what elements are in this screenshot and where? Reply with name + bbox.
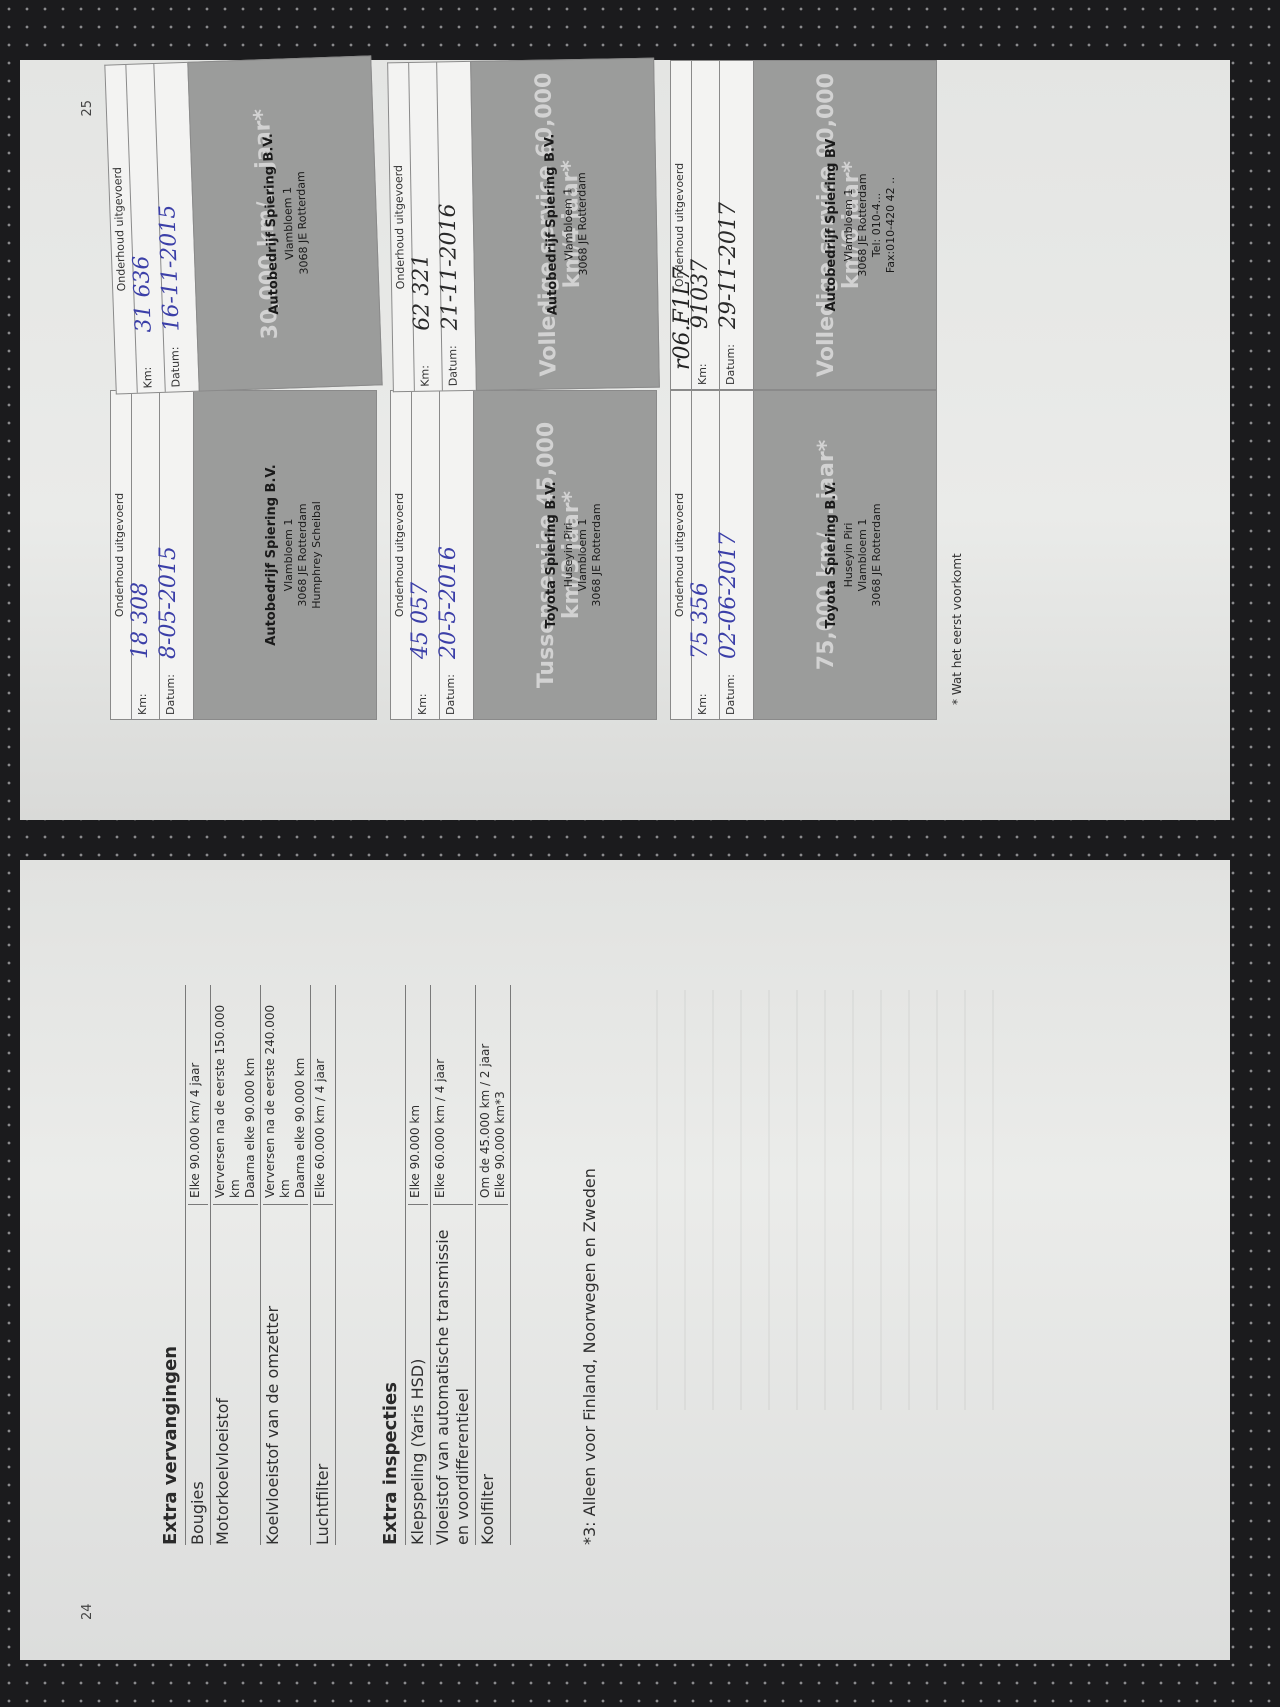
date-value: 16-11-2015 (155, 204, 184, 332)
stamp-company: Autobedrijf Spiering BV (824, 61, 839, 389)
service-record: Onderhoud uitgevoerdKm:75 356Datum:02-06… (670, 390, 935, 720)
km-value: 62 321 (408, 254, 434, 331)
km-label: Km: (418, 365, 431, 387)
header-label: Onderhoud uitgevoerd (390, 63, 409, 391)
extra-replacements-table: Extra vervangingen BougiesElke 90.000 km… (160, 985, 336, 1545)
km-label: Km: (696, 363, 709, 385)
service-record-header: Onderhoud uitgevoerdKm:75 356Datum:02-06… (670, 390, 753, 720)
service-record-header: Onderhoud uitgevoerdKm:31 636Datum:16-11… (104, 62, 198, 395)
table-row: Vloeistof van automatische transmissie e… (430, 985, 475, 1545)
service-record: Onderhoud uitgevoerdKm:45 057Datum:20-5-… (390, 390, 655, 720)
service-record-header: Onderhoud uitgevoerdKm:45 057Datum:20-5-… (390, 390, 473, 720)
service-booklet-spread: 24 Extra vervangingen BougiesElke 90.000… (20, 40, 1230, 1660)
stamp-address: Vlambloem 1 3068 JE Rotterdam Humphrey S… (282, 391, 324, 719)
service-record-header: Onderhoud uitgevoerdKm:18 308Datum:8-05-… (110, 390, 193, 720)
handwritten-margin-note: r06.F1L7 (670, 267, 695, 370)
page-number: 25 (80, 100, 95, 117)
date-label: Datum: (724, 674, 737, 715)
km-value: 18 308 (128, 582, 153, 659)
table-row: KoolfilterOm de 45.000 km / 2 jaar Elke … (475, 985, 511, 1545)
dealer-stamp: Tussenservice 45,000 km/3 jaar*Toyota Sp… (473, 390, 657, 720)
date-value: 8-05-2015 (156, 546, 181, 659)
date-label: Datum: (168, 346, 182, 387)
table-row: MotorkoelvloeistofVerversen na de eerste… (210, 985, 260, 1545)
section-heading: Extra vervangingen (160, 985, 181, 1545)
date-label: Datum: (724, 344, 737, 385)
service-record: Onderhoud uitgevoerdKm:91037Datum:29-11-… (670, 60, 935, 390)
service-record: Onderhoud uitgevoerdKm:62 321Datum:21-11… (387, 58, 658, 393)
page-left: 24 Extra vervangingen BougiesElke 90.000… (20, 860, 1230, 1660)
date-value: 20-5-2016 (436, 546, 461, 659)
section-heading: Extra inspecties (380, 985, 401, 1545)
date-value: 02-06-2017 (716, 532, 741, 659)
stamp-address: Vlambloem 1 3068 JE Rotterdam (559, 60, 593, 388)
dealer-stamp: 30,000 km/... jaar*Autobedrijf Spiering … (187, 55, 382, 391)
dealer-stamp: Autobedrijf Spiering B.V.Vlambloem 1 306… (193, 390, 377, 720)
stamp-company: Toyota Spiering B.V. (824, 391, 839, 719)
service-record-header: Onderhoud uitgevoerdKm:62 321Datum:21-11… (387, 61, 476, 392)
table-row: BougiesElke 90.000 km/ 4 jaar (185, 985, 210, 1545)
stamp-address: Huseyin Piri Vlambloem 1 3068 JE Rotterd… (562, 391, 604, 719)
date-label: Datum: (444, 674, 457, 715)
table-row: Klepspeling (Yaris HSD)Elke 90.000 km (405, 985, 430, 1545)
stamp-address: Huseyin Piri Vlambloem 1 3068 JE Rotterd… (842, 391, 884, 719)
date-value: 21-11-2016 (436, 203, 463, 330)
extra-inspections-table: Extra inspecties Klepspeling (Yaris HSD)… (380, 985, 511, 1545)
header-label: Onderhoud uitgevoerd (113, 391, 126, 719)
km-value: 31 636 (129, 255, 157, 333)
service-record: Onderhoud uitgevoerdKm:18 308Datum:8-05-… (110, 390, 375, 720)
km-label: Km: (416, 693, 429, 715)
table-row: Koelvloeistof van de omzetterVerversen n… (260, 985, 310, 1545)
header-label: Onderhoud uitgevoerd (393, 391, 406, 719)
date-label: Datum: (446, 345, 460, 386)
footnote: *3: Alleen voor Finland, Noorwegen en Zw… (580, 1168, 599, 1545)
page-number: 24 (80, 1603, 95, 1620)
km-label: Km: (696, 693, 709, 715)
dealer-stamp: Volledige service 90,000 km/6 jaar*Autob… (753, 60, 937, 390)
km-value: 75 356 (688, 582, 713, 659)
dealer-stamp: Volledige service 60,000 km/4 jaar*Autob… (470, 58, 660, 391)
footnote: * Wat het eerst voorkomt (950, 553, 964, 705)
stamp-company: Autobedrijf Spiering B.V. (264, 391, 279, 719)
km-value: 45 057 (408, 582, 433, 659)
service-record: Onderhoud uitgevoerdKm:31 636Datum:16-11… (104, 55, 380, 394)
date-value: 29-11-2017 (716, 202, 741, 329)
stamp-company: Toyota Spiering B.V. (544, 391, 559, 719)
show-through-text (640, 990, 1020, 1410)
km-label: Km: (136, 693, 149, 715)
table-row: LuchtfilterElke 60.000 km / 4 jaar (310, 985, 336, 1545)
stamp-address: Vlambloem 1 3068 JE Rotterdam Tel: 010-4… (842, 61, 898, 389)
page-right: 25 Onderhoud uitgevoerdKm:18 308Datum:8-… (20, 60, 1230, 820)
dealer-stamp: 75,000 km/... jaar*Toyota Spiering B.V.H… (753, 390, 937, 720)
header-label: Onderhoud uitgevoerd (673, 391, 686, 719)
km-label: Km: (141, 367, 155, 389)
date-label: Datum: (164, 674, 177, 715)
